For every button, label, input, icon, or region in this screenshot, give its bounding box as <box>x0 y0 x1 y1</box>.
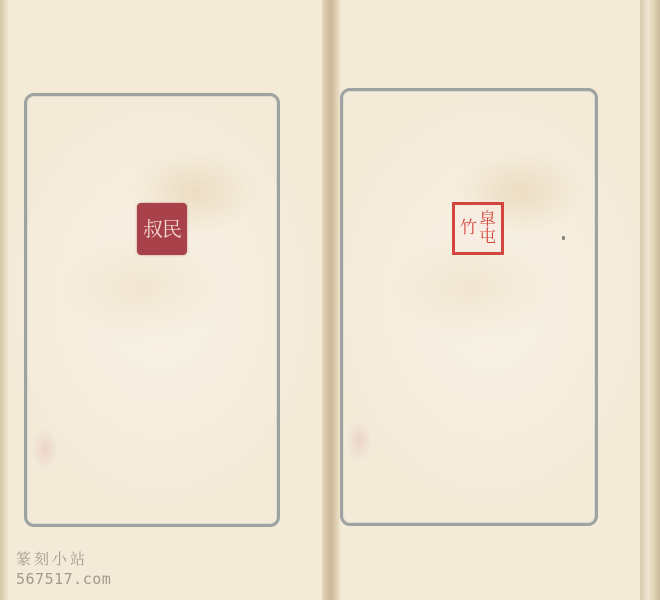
book-spread: 叔 民 竹 皐 屯 篆刻小站 567517.com <box>0 0 660 600</box>
left-seal-intaglio: 叔 民 <box>137 203 187 255</box>
right-page-frame <box>340 88 598 526</box>
seal-char: 叔 <box>143 219 162 239</box>
paper-speck <box>562 236 565 240</box>
left-page-frame <box>24 93 280 527</box>
seal-char: 皐 <box>479 212 496 229</box>
right-seal-relief: 竹 皐 屯 <box>452 202 504 255</box>
watermark-title: 篆刻小站 <box>16 548 88 569</box>
seal-char: 民 <box>162 219 181 239</box>
seal-char: 屯 <box>479 229 496 246</box>
seal-char: 竹 <box>460 220 477 237</box>
faint-offset-stamp-right <box>346 420 372 462</box>
left-page-edge <box>0 0 8 600</box>
watermark-url: 567517.com <box>16 570 111 588</box>
book-gutter <box>322 0 340 600</box>
faint-offset-stamp-left <box>32 428 58 470</box>
